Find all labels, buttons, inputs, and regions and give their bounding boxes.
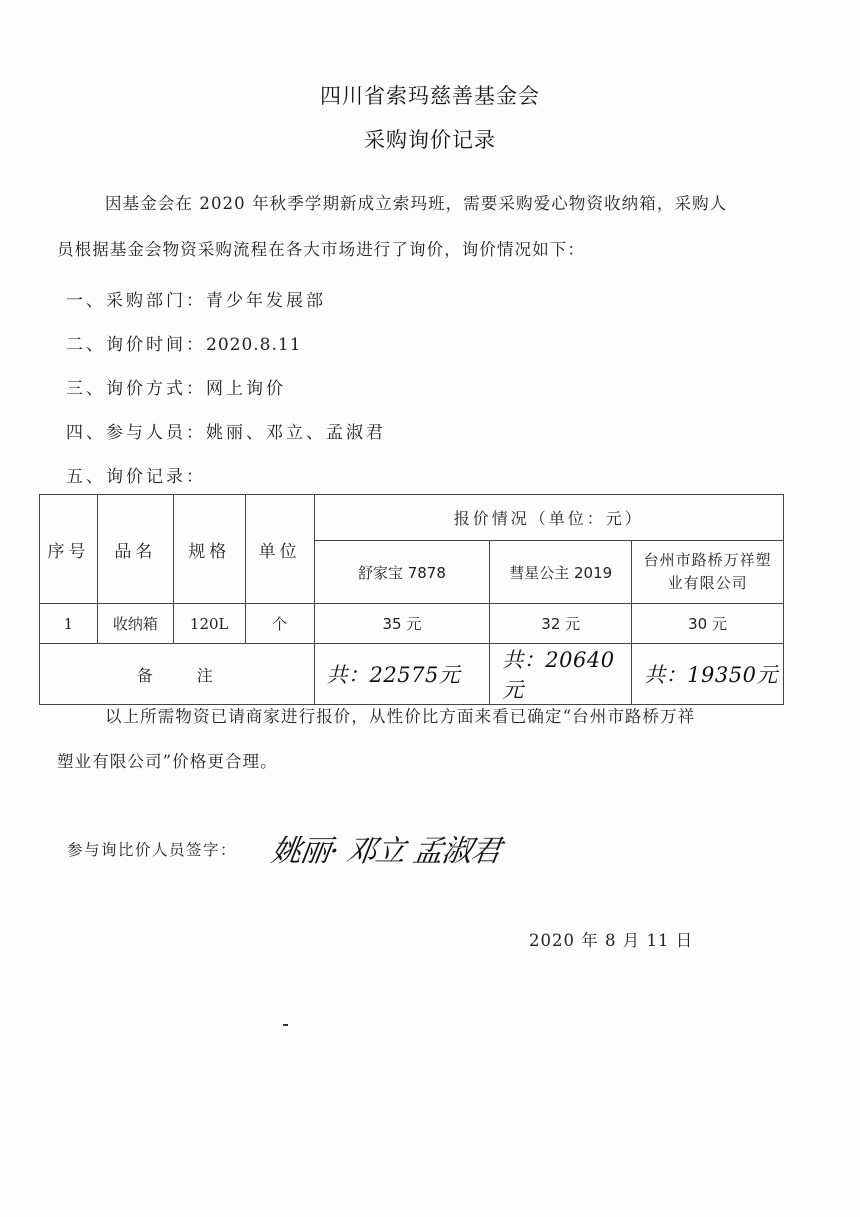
cell-name: 收纳箱 [97,604,173,644]
remark-total-vendor-1: 共：22575元 [314,644,490,705]
header-vendor-3: 台州市路桥万祥塑业有限公司 [632,541,784,604]
table-row: 1 收纳箱 120L 个 35 元 32 元 30 元 [40,604,784,644]
scan-speck [283,1024,288,1026]
cell-spec: 120L [173,604,245,644]
header-seq: 序号 [40,495,98,604]
item-label: 四、参与人员： [66,423,206,443]
header-vendor-1: 舒家宝 7878 [314,541,490,604]
item-label: 五、询价记录： [66,467,206,487]
remark-total-vendor-2: 共：20640元 [490,644,632,705]
cell-price-vendor-3: 30 元 [632,604,784,644]
item-label: 三、询价方式： [66,379,206,399]
document-date: 2020 年 8 月 11 日 [529,927,693,951]
cell-price-vendor-2: 32 元 [490,604,632,644]
item-value: 网上询价 [206,379,286,399]
item-value: 姚丽、邓立、孟淑君 [206,423,386,443]
conclusion-line-1: 以上所需物资已请商家进行报价，从性价比方面来看已确定“台州市路桥万祥 [105,707,860,727]
item-inquiry-method: 三、询价方式：网上询价 [66,374,286,399]
header-name: 品名 [97,495,173,604]
cell-price-vendor-1: 35 元 [314,604,490,644]
item-inquiry-record: 五、询价记录： [66,462,206,487]
item-inquiry-time: 二、询价时间：2020.8.11 [66,330,302,355]
cell-unit: 个 [245,604,314,644]
table-header-row: 序号 品名 规格 单位 报价情况（单位：元） [40,495,784,541]
item-label: 二、询价时间： [66,335,206,355]
handwritten-signatures: 姚丽· 邓立 孟淑君 [269,826,504,870]
header-quote-group: 报价情况（单位：元） [314,495,783,541]
item-value: 青少年发展部 [206,291,326,311]
document-subtitle: 采购询价记录 [0,124,860,154]
item-value: 2020.8.11 [206,335,302,355]
intro-line-2: 员根据基金会物资采购流程在各大市场进行了询价，询价情况如下： [57,240,817,260]
cell-seq: 1 [40,604,98,644]
quote-table: 序号 品名 规格 单位 报价情况（单位：元） 舒家宝 7878 彗星公主 201… [39,494,784,705]
document-page: 四川省索玛慈善基金会 采购询价记录 因基金会在 2020 年秋季学期新成立索玛班… [0,0,860,1217]
item-label: 一、采购部门： [66,291,206,311]
table-remark-row: 备 注 共：22575元 共：20640元 共：19350元 [40,644,784,705]
signature-label: 参与询比价人员签字： [67,838,237,860]
header-unit: 单位 [245,495,314,604]
conclusion-line-2: 塑业有限公司”价格更合理。 [57,752,817,772]
remark-total-vendor-3: 共：19350元 [632,644,784,705]
item-participants: 四、参与人员：姚丽、邓立、孟淑君 [66,418,386,443]
header-spec: 规格 [173,495,245,604]
item-department: 一、采购部门：青少年发展部 [66,286,326,311]
remark-label: 备 注 [40,644,315,705]
organization-title: 四川省索玛慈善基金会 [0,80,860,110]
header-vendor-2: 彗星公主 2019 [490,541,632,604]
intro-line-1: 因基金会在 2020 年秋季学期新成立索玛班，需要采购爱心物资收纳箱，采购人 [105,194,860,214]
